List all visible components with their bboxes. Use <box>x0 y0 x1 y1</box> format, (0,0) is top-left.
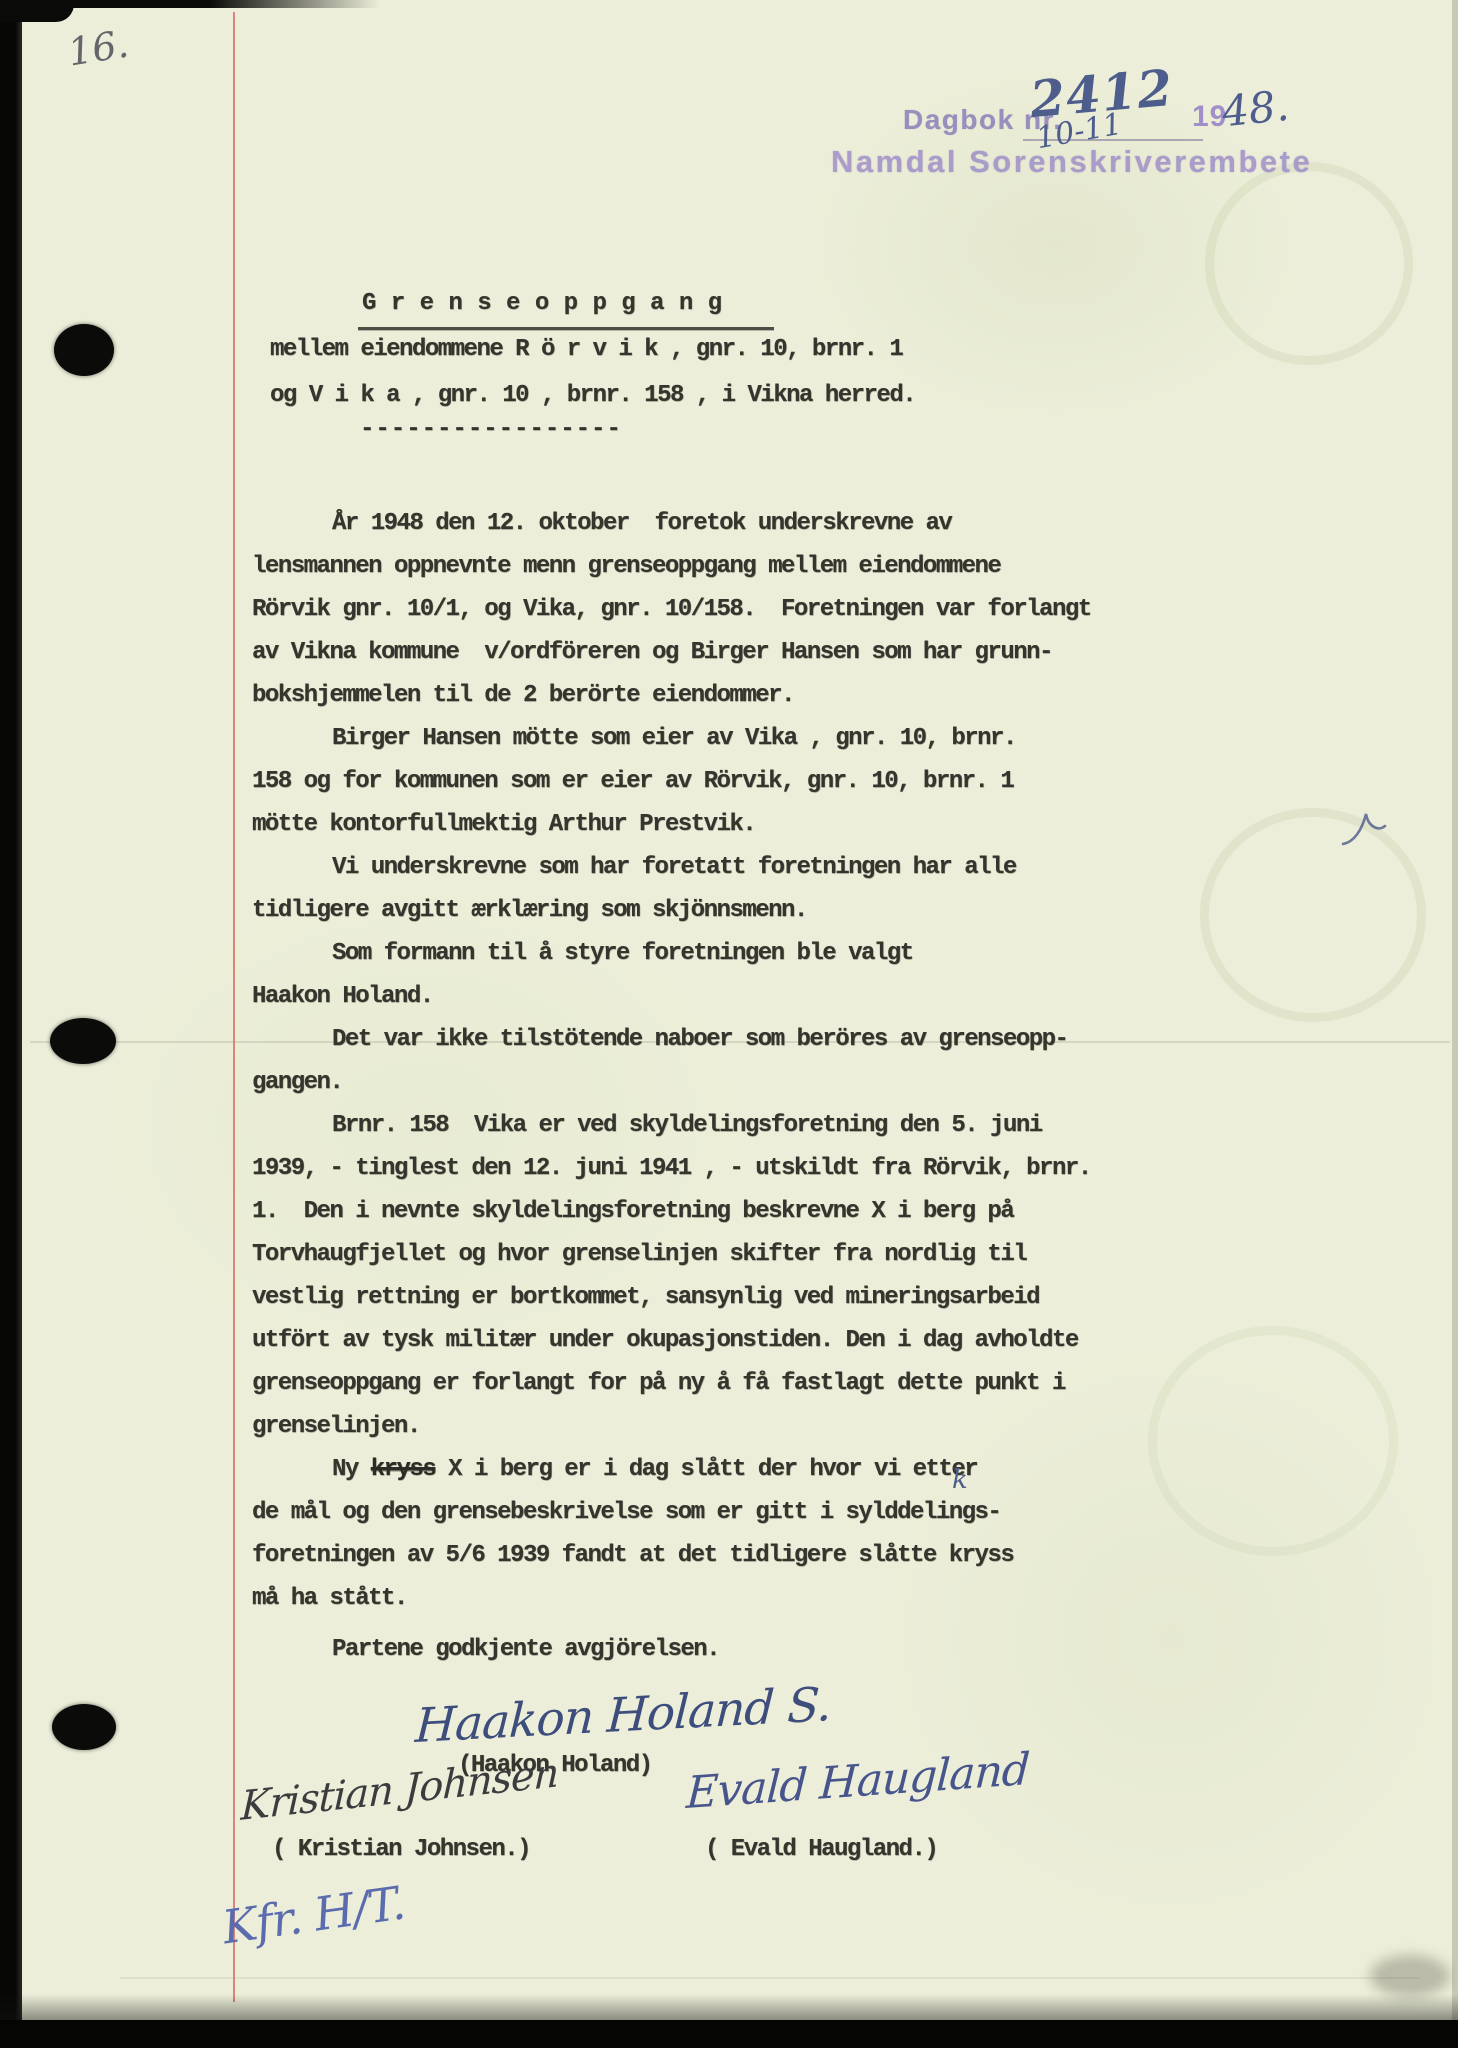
typed-line: Det var ikke tilstötende naboer som berö… <box>252 1018 1152 1061</box>
typed-line: Vi underskrevne som har foretatt foretni… <box>252 846 1152 889</box>
typed-line: mötte kontorfullmektig Arthur Prestvik. <box>252 803 1152 846</box>
typed-line: Rörvik gnr. 10/1, og Vika, gnr. 10/158. … <box>252 588 1152 631</box>
page-number: 16. <box>65 22 132 75</box>
typed-line: grenseoppgang er forlangt for på ny å få… <box>252 1362 1152 1405</box>
crease-line <box>120 1977 1420 1979</box>
scan-edge-bottom-fade <box>0 1994 1458 2020</box>
ghost-stamp <box>1205 162 1413 365</box>
typed-line: utfört av tysk militær under okupasjonst… <box>252 1319 1152 1362</box>
struck-word: kryss <box>371 1456 436 1483</box>
ghost-stamp <box>1148 1326 1398 1556</box>
scan-smudge <box>1370 1955 1450 1997</box>
typed-line: 1. Den i nevnte skyldelingsforetning bes… <box>252 1190 1152 1233</box>
title-underline <box>358 327 774 330</box>
scanned-page: 16. Dagbok nr. 2412 19 48. 10-11 Namdal … <box>0 0 1458 2048</box>
typed-line: År 1948 den 12. oktober foretok underskr… <box>252 502 1152 545</box>
handwritten-correction: k <box>952 1467 968 1493</box>
title-line-2: og V i k a , gnr. 10 , brnr. 158 , i Vik… <box>270 382 915 409</box>
punch-hole <box>50 1018 116 1064</box>
scan-edge-right <box>1452 0 1458 2048</box>
typed-line: tidligere avgitt ærklæring som skjönnsme… <box>252 889 1152 932</box>
scan-edge-left <box>0 0 22 2048</box>
typed-line: må ha stått. <box>252 1577 1152 1620</box>
typed-line: Som formann til å styre foretningen ble … <box>252 932 1152 975</box>
typed-line: gangen. <box>252 1061 1152 1104</box>
typed-line: Ny kryss X i berg er i dag slått der hvo… <box>252 1448 1152 1491</box>
typed-line: Partene godkjente avgjörelsen. <box>252 1628 1152 1671</box>
margin-line <box>233 12 235 2002</box>
scan-edge-top <box>0 0 380 8</box>
typed-line: Brnr. 158 Vika er ved skyldelingsforetni… <box>252 1104 1152 1147</box>
typed-line: de mål og den grensebeskrivelse som er g… <box>252 1491 1152 1534</box>
typed-line: Haakon Holand. <box>252 975 1152 1018</box>
pen-mark <box>1338 806 1390 852</box>
typed-line: Torvhaugfjellet og hvor grenselinjen ski… <box>252 1233 1152 1276</box>
typed-line: foretningen av 5/6 1939 fandt at det tid… <box>252 1534 1152 1577</box>
typed-line: 158 og for kommunen som er eier av Rörvi… <box>252 760 1152 803</box>
document-title: G r e n s e o p p g a n g <box>362 290 722 317</box>
punch-hole <box>52 1704 116 1750</box>
body-text: År 1948 den 12. oktober foretok underskr… <box>252 502 1152 1671</box>
title-line-1: mellem eiendommene R ö r v i k , gnr. 10… <box>270 336 902 363</box>
typed-line: Birger Hansen mötte som eier av Vika , g… <box>252 717 1152 760</box>
typed-line: av Vikna kommune v/ordföreren og Birger … <box>252 631 1152 674</box>
typed-line: bokshjemmelen til de 2 berörte eiendomme… <box>252 674 1152 717</box>
office-stamp: Namdal Sorenskriverembete <box>831 144 1312 180</box>
signature-kristian-typed: ( Kristian Johnsen.) <box>272 1836 530 1863</box>
signature-evald-typed: ( Evald Haugland.) <box>705 1836 937 1863</box>
year-handwritten: 48. <box>1220 81 1292 137</box>
typed-line: vestlig rettning er bortkommet, sansynli… <box>252 1276 1152 1319</box>
title-separator: ----------------- <box>360 416 622 443</box>
typed-line: 1939, - tinglest den 12. juni 1941 , - u… <box>252 1147 1152 1190</box>
typed-line: grenselinjen. <box>252 1405 1152 1448</box>
punch-hole <box>54 324 114 376</box>
scan-edge-bottom <box>0 2020 1458 2048</box>
typed-line: lensmannen oppnevnte menn grenseoppgang … <box>252 545 1152 588</box>
ghost-stamp <box>1200 808 1426 1022</box>
